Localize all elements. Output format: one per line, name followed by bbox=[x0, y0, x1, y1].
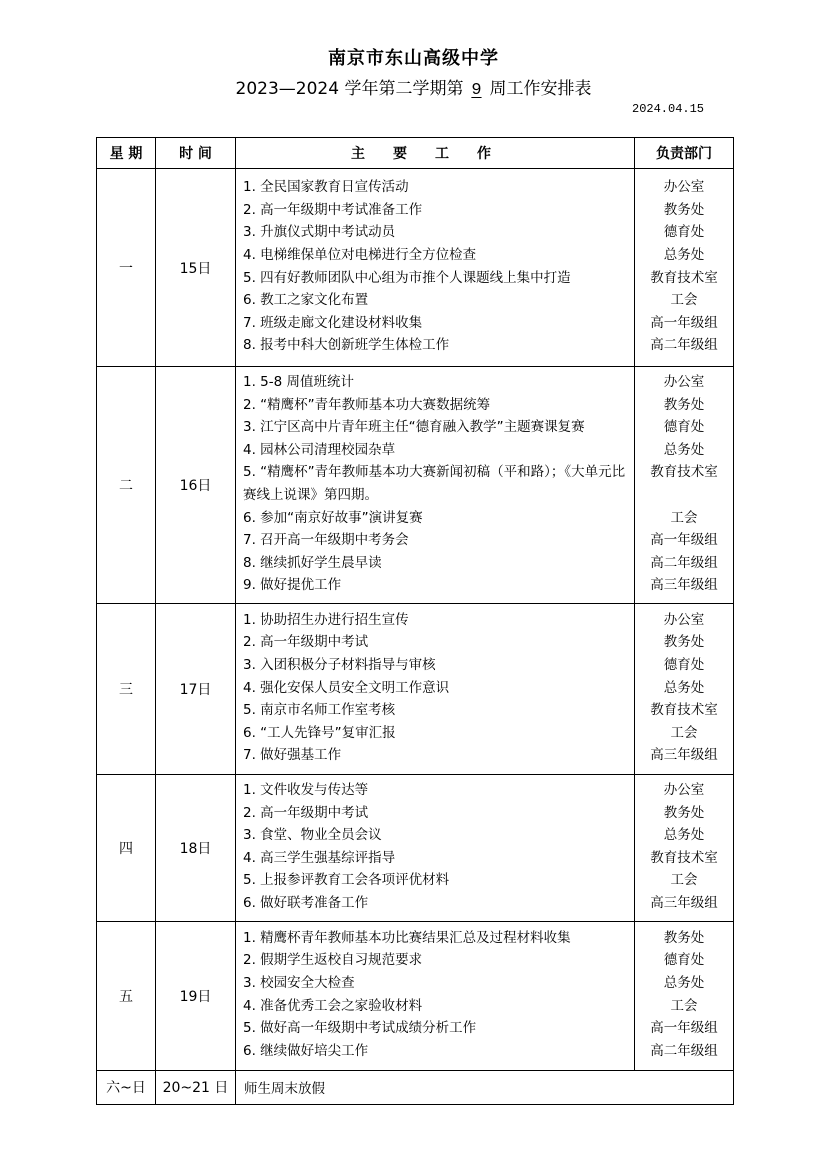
dept-item: 高一年级组 bbox=[635, 312, 733, 335]
work-item: 3. 升旗仪式期中考试动员 bbox=[243, 221, 628, 244]
dept-item: 高二年级组 bbox=[635, 1040, 733, 1063]
date-cell: 17日 bbox=[156, 603, 236, 774]
column-header-dept: 负责部门 bbox=[635, 138, 734, 169]
column-header-work: 主要工作 bbox=[236, 138, 635, 169]
dept-item: 教育技术室 bbox=[635, 267, 733, 290]
work-item: 2. 高一年级期中考试 bbox=[243, 802, 628, 825]
dept-item: 德育处 bbox=[635, 654, 733, 677]
dept-item: 教务处 bbox=[635, 631, 733, 654]
weekday-cell: 三 bbox=[97, 603, 156, 774]
dept-item: 工会 bbox=[635, 289, 733, 312]
weekday-cell: 一 bbox=[97, 169, 156, 367]
date-cell: 18日 bbox=[156, 774, 236, 921]
day-row: 五 19日 1. 精鹰杯青年教师基本功比赛结果汇总及过程材料收集2. 假期学生返… bbox=[97, 921, 734, 1070]
day-row: 三 17日 1. 协助招生办进行招生宣传2. 高一年级期中考试3. 入团积极分子… bbox=[97, 603, 734, 774]
weekday-cell: 六~日 bbox=[97, 1070, 156, 1104]
weekday-cell: 五 bbox=[97, 921, 156, 1070]
work-item: 7. 召开高一年级期中考务会 bbox=[243, 529, 628, 552]
work-item: 5. 做好高一年级期中考试成绩分析工作 bbox=[243, 1017, 628, 1040]
work-items-cell: 1. 精鹰杯青年教师基本功比赛结果汇总及过程材料收集2. 假期学生返校自习规范要… bbox=[236, 921, 635, 1070]
dept-item: 办公室 bbox=[635, 779, 733, 802]
dept-item: 德育处 bbox=[635, 416, 733, 439]
dept-item bbox=[635, 484, 733, 507]
schedule-body: 一 15日 1. 全民国家教育日宣传活动2. 高一年级期中考试准备工作3. 升旗… bbox=[97, 169, 734, 1105]
dept-item: 办公室 bbox=[635, 371, 733, 394]
work-item: 3. 江宁区高中片青年班主任“德育融入教学”主题赛课复赛 bbox=[243, 416, 628, 439]
dept-item: 教育技术室 bbox=[635, 699, 733, 722]
work-items-cell: 1. 5-8 周值班统计2. “精鹰杯”青年教师基本功大赛数据统筹3. 江宁区高… bbox=[236, 367, 635, 604]
work-item: 9. 做好提优工作 bbox=[243, 574, 628, 597]
dept-cell: 教务处德育处总务处工会高一年级组高二年级组 bbox=[635, 921, 734, 1070]
dept-item: 高三年级组 bbox=[635, 574, 733, 597]
column-header-time: 时 间 bbox=[156, 138, 236, 169]
work-item: 5. 南京市名师工作室考核 bbox=[243, 699, 628, 722]
dept-item: 德育处 bbox=[635, 221, 733, 244]
dept-item: 教务处 bbox=[635, 927, 733, 950]
date-cell: 15日 bbox=[156, 169, 236, 367]
work-item: 7. 做好强基工作 bbox=[243, 744, 628, 767]
dept-cell: 办公室教务处总务处教育技术室工会高三年级组 bbox=[635, 774, 734, 921]
dept-item: 高一年级组 bbox=[635, 529, 733, 552]
dept-item: 工会 bbox=[635, 995, 733, 1018]
dept-cell: 办公室教务处德育处总务处教育技术室工会高一年级组高二年级组 bbox=[635, 169, 734, 367]
work-item: 8. 报考中科大创新班学生体检工作 bbox=[243, 334, 628, 357]
date-cell: 20~21 日 bbox=[156, 1070, 236, 1104]
dept-item: 德育处 bbox=[635, 949, 733, 972]
weekend-text: 师生周末放假 bbox=[236, 1070, 734, 1104]
dept-cell: 办公室教务处德育处总务处教育技术室工会高一年级组高二年级组高三年级组 bbox=[635, 367, 734, 604]
dept-item: 教务处 bbox=[635, 199, 733, 222]
dept-item: 教育技术室 bbox=[635, 461, 733, 484]
work-item: 4. 强化安保人员安全文明工作意识 bbox=[243, 677, 628, 700]
work-item: 5. 上报参评教育工会各项评优材料 bbox=[243, 869, 628, 892]
document-date: 2024.04.15 bbox=[632, 102, 704, 116]
date-cell: 16日 bbox=[156, 367, 236, 604]
work-item: 6. “工人先锋号”复审汇报 bbox=[243, 722, 628, 745]
work-items-cell: 1. 协助招生办进行招生宣传2. 高一年级期中考试3. 入团积极分子材料指导与审… bbox=[236, 603, 635, 774]
title-prefix: 2023—2024 学年第二学期第 bbox=[236, 79, 464, 99]
school-name: 南京市东山高级中学 bbox=[0, 44, 827, 70]
work-item: 6. 做好联考准备工作 bbox=[243, 892, 628, 915]
work-item: 1. 5-8 周值班统计 bbox=[243, 371, 628, 394]
work-item: 6. 继续做好培尖工作 bbox=[243, 1040, 628, 1063]
work-item: 4. 高三学生强基综评指导 bbox=[243, 847, 628, 870]
schedule-title: 2023—2024 学年第二学期第9周工作安排表 bbox=[0, 74, 827, 100]
work-item: 4. 园林公司清理校园杂草 bbox=[243, 439, 628, 462]
work-item: 4. 准备优秀工会之家验收材料 bbox=[243, 995, 628, 1018]
column-header-weekday: 星 期 bbox=[97, 138, 156, 169]
dept-item: 总务处 bbox=[635, 824, 733, 847]
work-item: 8. 继续抓好学生晨早读 bbox=[243, 552, 628, 575]
dept-item: 总务处 bbox=[635, 677, 733, 700]
work-item: 6. 教工之家文化布置 bbox=[243, 289, 628, 312]
day-row: 一 15日 1. 全民国家教育日宣传活动2. 高一年级期中考试准备工作3. 升旗… bbox=[97, 169, 734, 367]
work-item: 2. 假期学生返校自习规范要求 bbox=[243, 949, 628, 972]
work-item: 3. 入团积极分子材料指导与审核 bbox=[243, 654, 628, 677]
work-items-cell: 1. 全民国家教育日宣传活动2. 高一年级期中考试准备工作3. 升旗仪式期中考试… bbox=[236, 169, 635, 367]
work-item: 1. 协助招生办进行招生宣传 bbox=[243, 609, 628, 632]
work-item: 2. “精鹰杯”青年教师基本功大赛数据统筹 bbox=[243, 394, 628, 417]
work-header-text: 主要工作 bbox=[351, 146, 519, 162]
dept-item: 工会 bbox=[635, 869, 733, 892]
title-suffix: 周工作安排表 bbox=[489, 79, 591, 99]
date-cell: 19日 bbox=[156, 921, 236, 1070]
dept-item: 高二年级组 bbox=[635, 334, 733, 357]
work-item: 7. 班级走廊文化建设材料收集 bbox=[243, 312, 628, 335]
work-item: 2. 高一年级期中考试准备工作 bbox=[243, 199, 628, 222]
dept-item: 工会 bbox=[635, 507, 733, 530]
day-row: 四 18日 1. 文件收发与传达等2. 高一年级期中考试3. 食堂、物业全员会议… bbox=[97, 774, 734, 921]
work-item: 1. 精鹰杯青年教师基本功比赛结果汇总及过程材料收集 bbox=[243, 927, 628, 950]
dept-item: 总务处 bbox=[635, 244, 733, 267]
work-item: 1. 文件收发与传达等 bbox=[243, 779, 628, 802]
work-item: 3. 食堂、物业全员会议 bbox=[243, 824, 628, 847]
weekend-row: 六~日 20~21 日 师生周末放假 bbox=[97, 1070, 734, 1104]
work-item: 3. 校园安全大检查 bbox=[243, 972, 628, 995]
dept-item: 高三年级组 bbox=[635, 744, 733, 767]
dept-item: 教务处 bbox=[635, 394, 733, 417]
dept-item: 办公室 bbox=[635, 609, 733, 632]
dept-cell: 办公室教务处德育处总务处教育技术室工会高三年级组 bbox=[635, 603, 734, 774]
dept-item: 教务处 bbox=[635, 802, 733, 825]
work-item: 4. 电梯维保单位对电梯进行全方位检查 bbox=[243, 244, 628, 267]
week-number: 9 bbox=[463, 81, 489, 100]
work-item: 1. 全民国家教育日宣传活动 bbox=[243, 176, 628, 199]
dept-item: 工会 bbox=[635, 722, 733, 745]
work-item: 6. 参加“南京好故事”演讲复赛 bbox=[243, 507, 628, 530]
dept-item: 办公室 bbox=[635, 176, 733, 199]
work-items-cell: 1. 文件收发与传达等2. 高一年级期中考试3. 食堂、物业全员会议4. 高三学… bbox=[236, 774, 635, 921]
day-row: 二 16日 1. 5-8 周值班统计2. “精鹰杯”青年教师基本功大赛数据统筹3… bbox=[97, 367, 734, 604]
dept-item: 高二年级组 bbox=[635, 552, 733, 575]
schedule-table: 星 期 时 间 主要工作 负责部门 一 15日 1. 全民国家教育日宣传活动2.… bbox=[96, 137, 734, 1105]
work-item: 5. “精鹰杯”青年教师基本功大赛新闻初稿（平和路）；《大单元比赛线上说课》第四… bbox=[243, 461, 628, 506]
dept-item: 总务处 bbox=[635, 972, 733, 995]
weekday-cell: 二 bbox=[97, 367, 156, 604]
dept-item: 总务处 bbox=[635, 439, 733, 462]
dept-item: 教育技术室 bbox=[635, 847, 733, 870]
work-item: 5. 四有好教师团队中心组为市推个人课题线上集中打造 bbox=[243, 267, 628, 290]
header-row: 星 期 时 间 主要工作 负责部门 bbox=[97, 138, 734, 169]
weekday-cell: 四 bbox=[97, 774, 156, 921]
dept-item: 高三年级组 bbox=[635, 892, 733, 915]
dept-item: 高一年级组 bbox=[635, 1017, 733, 1040]
work-item: 2. 高一年级期中考试 bbox=[243, 631, 628, 654]
